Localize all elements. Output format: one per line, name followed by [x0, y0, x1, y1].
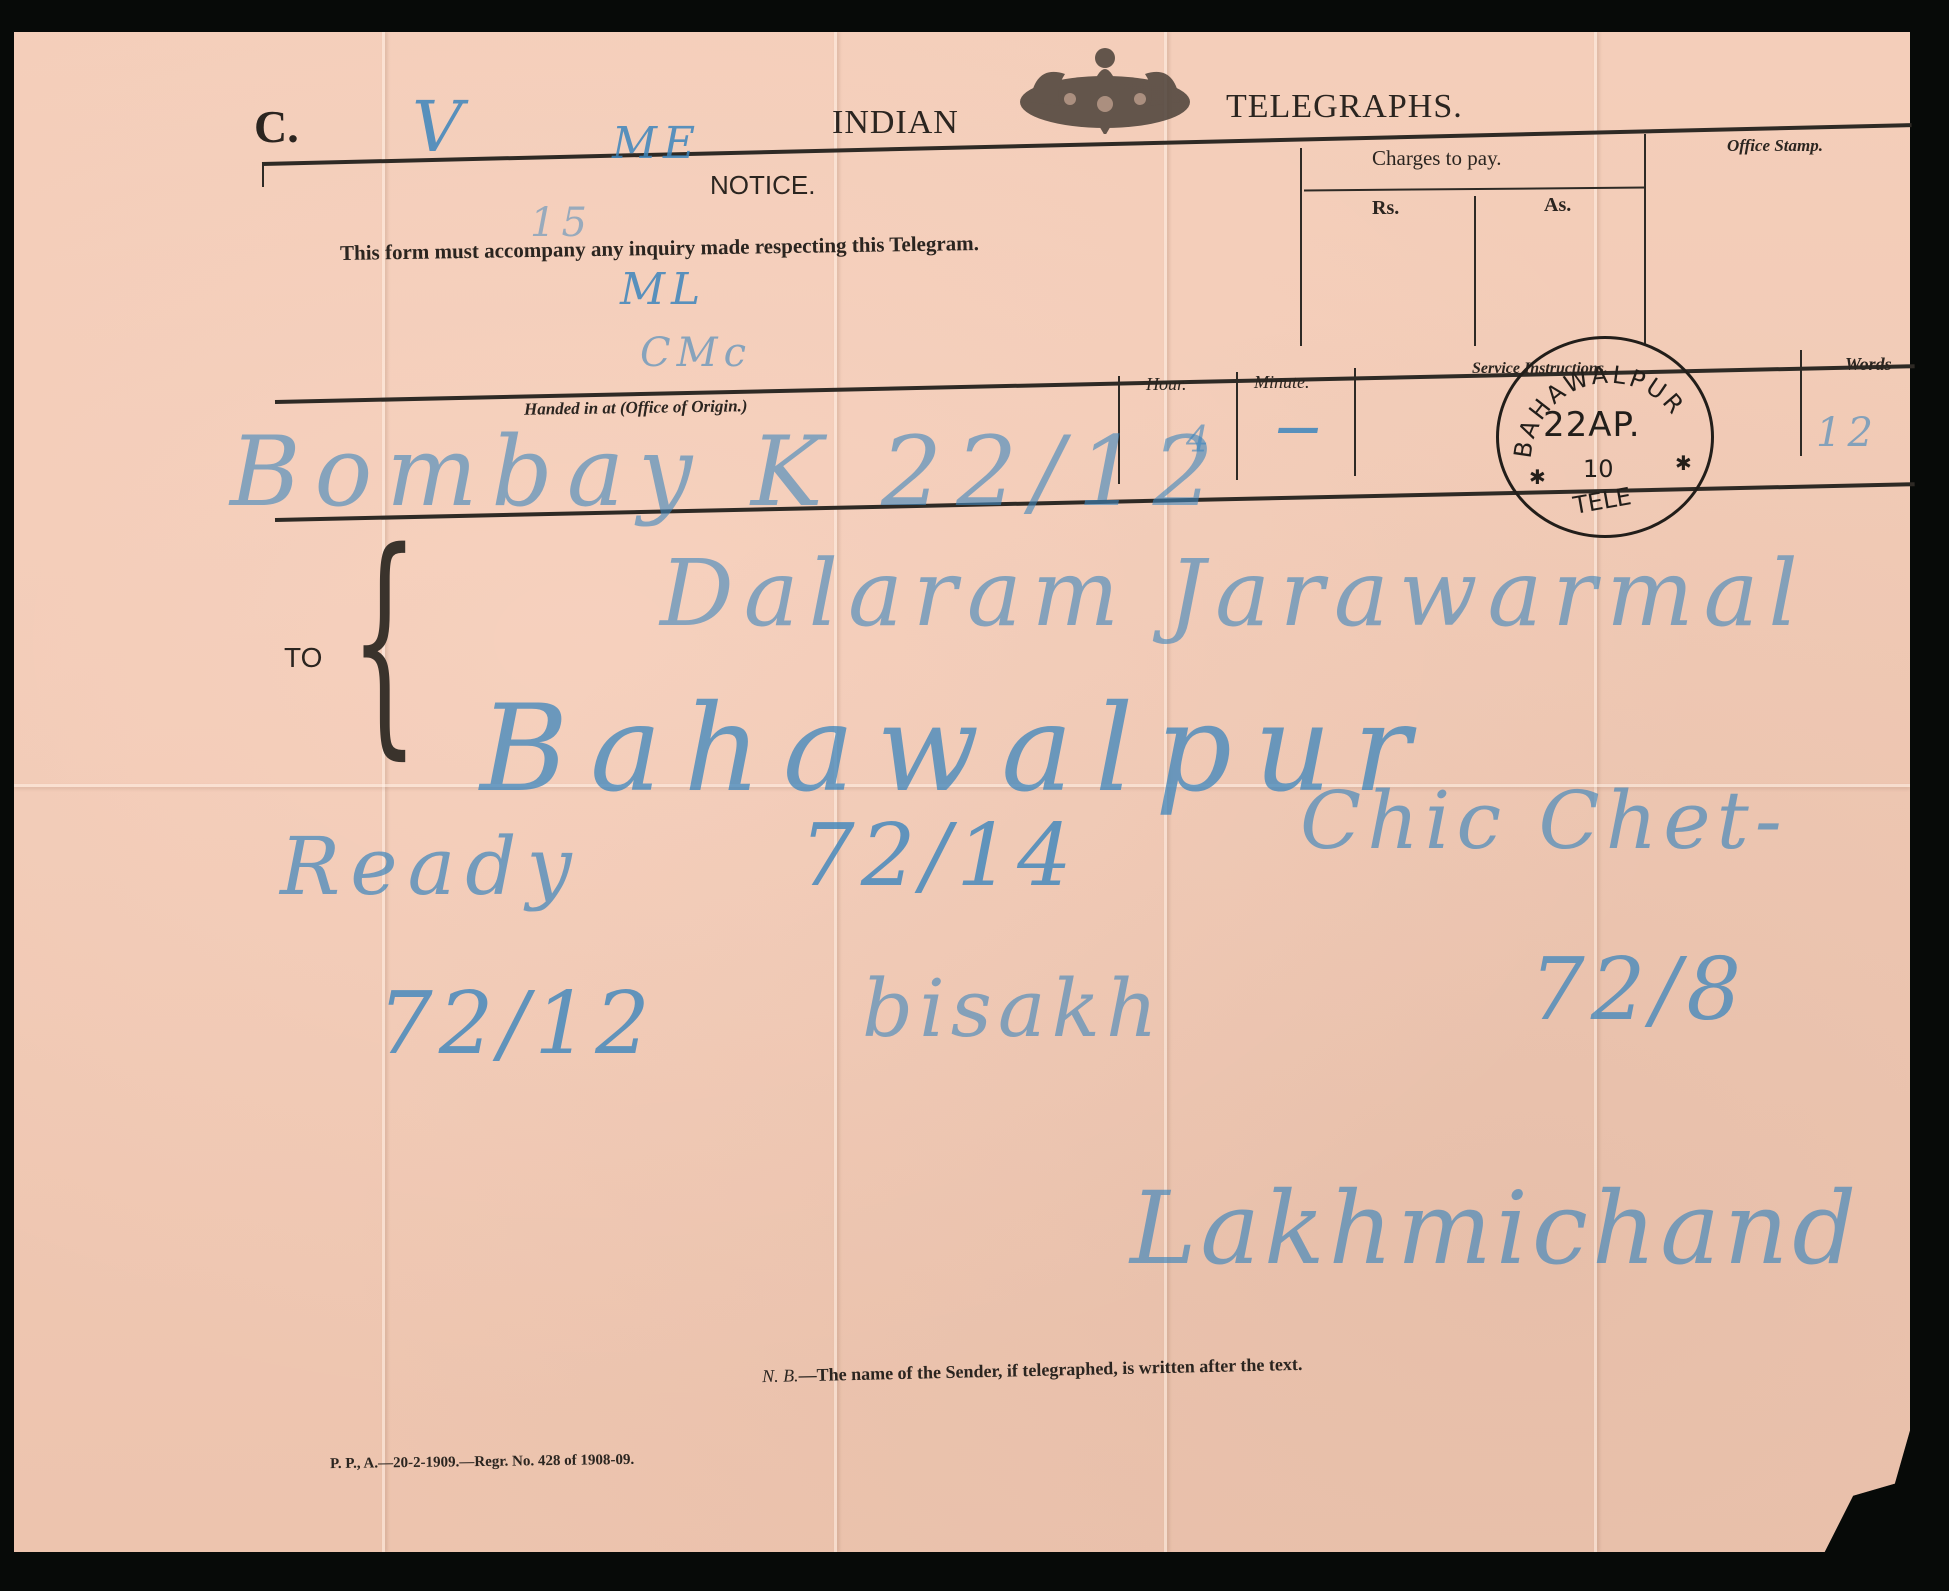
postmark-year: 10	[1583, 455, 1614, 483]
to-label: TO	[284, 642, 322, 674]
minute-right-border	[1354, 368, 1356, 476]
hand-message: Ready	[280, 820, 582, 913]
hand-mark: CMc	[640, 330, 752, 376]
notice-title: NOTICE.	[710, 170, 815, 201]
star-icon: ✱	[1529, 465, 1546, 490]
hand-mark: ML	[620, 264, 706, 315]
minute-left-border	[1236, 372, 1238, 480]
hand-mark: ME	[612, 118, 701, 169]
hand-message: bisakh	[862, 962, 1164, 1055]
hand-words: 12	[1816, 410, 1879, 456]
royal-coat-of-arms-icon	[1010, 44, 1200, 134]
rule-tick	[262, 165, 264, 187]
star-icon: ✱	[1675, 451, 1692, 476]
office-stamp-label: Office Stamp.	[1727, 136, 1823, 156]
annas-label: As.	[1544, 194, 1571, 217]
title-indian: INDIAN	[832, 104, 959, 142]
hand-addressee-name: Dalaram Jarawarmal	[660, 540, 1808, 647]
brace-icon: {	[350, 520, 419, 760]
minute-label: Minute.	[1254, 372, 1310, 393]
hand-addressee-city: Bahawalpur	[480, 680, 1433, 819]
hand-mark: V	[412, 86, 469, 168]
hand-minute: —	[1276, 402, 1326, 453]
title-telegraphs: TELEGRAPHS.	[1226, 88, 1463, 126]
words-label: Words	[1845, 354, 1892, 375]
words-left-border	[1800, 350, 1802, 456]
hand-message: 72/8	[1530, 940, 1747, 1040]
stamp-left-border	[1644, 134, 1646, 346]
hand-mark: 15	[530, 200, 593, 246]
postmark-stamp: BAHAWALPUR 22AP. ✱ ✱ 10 TELE	[1496, 336, 1714, 538]
rupees-label: Rs.	[1372, 197, 1399, 220]
hour-label: Hour.	[1146, 374, 1187, 395]
hand-message: 72/14	[800, 806, 1078, 906]
charges-left-border	[1300, 148, 1302, 346]
hand-sender: Lakhmichand	[1130, 1170, 1860, 1287]
hand-message: 72/12	[378, 974, 656, 1074]
postmark-date: 22AP.	[1543, 405, 1641, 445]
charges-title: Charges to pay.	[1372, 146, 1501, 171]
hand-origin: Bombay K 22/12	[230, 416, 1228, 528]
hand-message: Chic Chet-	[1300, 774, 1788, 867]
nb-prefix: N. B.	[762, 1365, 799, 1386]
charges-column-divider	[1474, 196, 1476, 346]
form-letter: C.	[254, 100, 299, 153]
hand-hour: 4	[1186, 420, 1215, 461]
